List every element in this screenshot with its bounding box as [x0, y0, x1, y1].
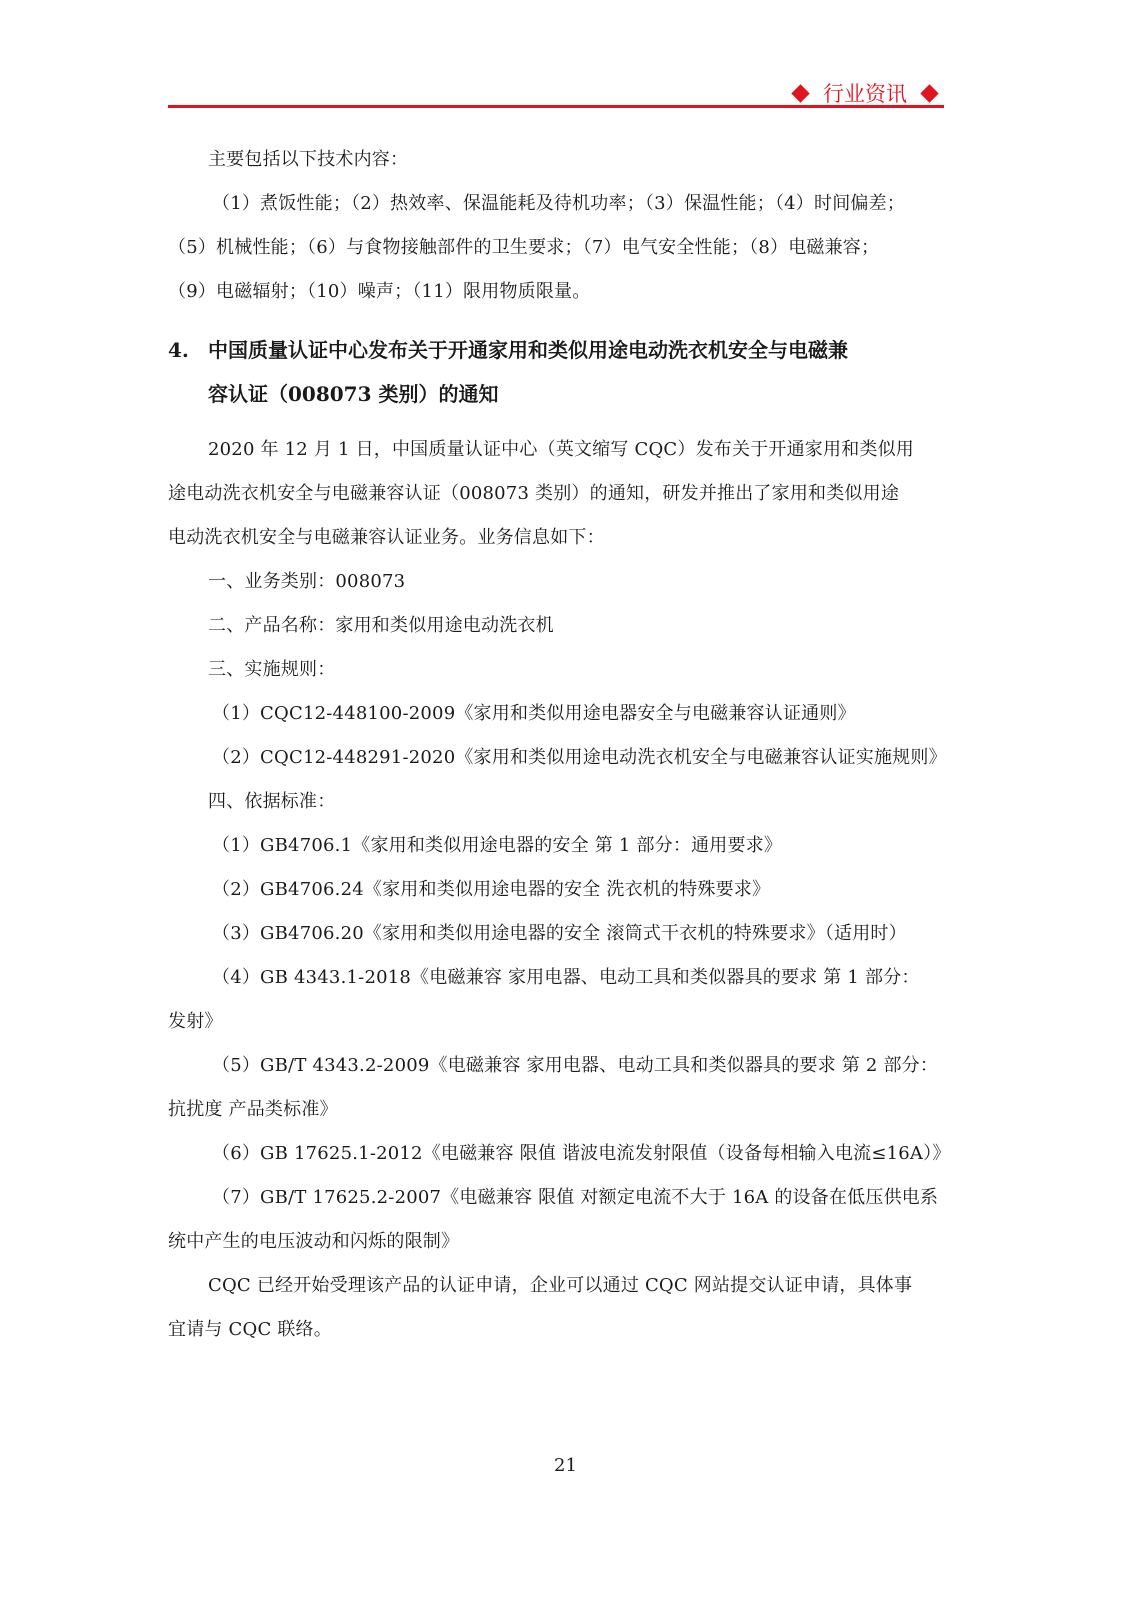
document-body: 主要包括以下技术内容： （1）煮饭性能；（2）热效率、保温能耗及待机功率；（3）… — [168, 138, 948, 1352]
standard-item: （5）GB/T 4343.2-2009《电磁兼容 家用电器、电动工具和类似器具的… — [168, 1044, 948, 1088]
header-divider — [168, 105, 944, 108]
standard-item: （1）GB4706.1《家用和类似用途电器的安全 第 1 部分：通用要求》 — [168, 824, 948, 868]
page-header: 行业资讯 — [168, 78, 944, 108]
paragraph-line: 2020 年 12 月 1 日，中国质量认证中心（英文缩写 CQC）发布关于开通… — [168, 428, 948, 472]
tech-line: （9）电磁辐射；（10）噪声；（11）限用物质限量。 — [168, 270, 948, 314]
section-banner: 行业资讯 — [786, 78, 944, 108]
standard-item-cont: 发射》 — [168, 1000, 948, 1044]
standard-item-cont: 统中产生的电压波动和闪烁的限制》 — [168, 1220, 948, 1264]
standards-title: 四、依据标准： — [168, 780, 948, 824]
banner-title: 行业资讯 — [823, 78, 907, 108]
standard-item-cont: 抗扰度 产品类标准》 — [168, 1088, 948, 1132]
section-title-line2: 容认证（008073 类别）的通知 — [168, 372, 948, 416]
paragraph-line: 电动洗衣机安全与电磁兼容认证业务。业务信息如下： — [168, 516, 948, 560]
product-name: 二、产品名称：家用和类似用途电动洗衣机 — [168, 604, 948, 648]
paragraph-line: 途电动洗衣机安全与电磁兼容认证（008073 类别）的通知，研发并推出了家用和类… — [168, 472, 948, 516]
section-title-line1: 中国质量认证中心发布关于开通家用和类似用途电动洗衣机安全与电磁兼 — [208, 338, 848, 362]
standard-item: （4）GB 4343.1-2018《电磁兼容 家用电器、电动工具和类似器具的要求… — [168, 956, 948, 1000]
rules-title: 三、实施规则： — [168, 648, 948, 692]
closing-line: CQC 已经开始受理该产品的认证申请，企业可以通过 CQC 网站提交认证申请，具… — [168, 1264, 948, 1308]
rule-item: （1）CQC12-448100-2009《家用和类似用途电器安全与电磁兼容认证通… — [168, 692, 948, 736]
section-heading: 4.中国质量认证中心发布关于开通家用和类似用途电动洗衣机安全与电磁兼 容认证（0… — [168, 328, 948, 416]
standard-item: （3）GB4706.20《家用和类似用途电器的安全 滚筒式干衣机的特殊要求》（适… — [168, 912, 948, 956]
page-number: 21 — [0, 1455, 1131, 1476]
section-number: 4. — [168, 328, 208, 372]
diamond-icon — [791, 84, 809, 102]
tech-line: （1）煮饭性能；（2）热效率、保温能耗及待机功率；（3）保温性能；（4）时间偏差… — [168, 182, 948, 226]
closing-line: 宜请与 CQC 联络。 — [168, 1308, 948, 1352]
standard-item: （6）GB 17625.1-2012《电磁兼容 限值 谐波电流发射限值（设备每相… — [168, 1132, 948, 1176]
rule-item: （2）CQC12-448291-2020《家用和类似用途电动洗衣机安全与电磁兼容… — [168, 736, 948, 780]
standard-item: （7）GB/T 17625.2-2007《电磁兼容 限值 对额定电流不大于 16… — [168, 1176, 948, 1220]
intro-text: 主要包括以下技术内容： — [168, 138, 948, 182]
standard-item: （2）GB4706.24《家用和类似用途电器的安全 洗衣机的特殊要求》 — [168, 868, 948, 912]
tech-line: （5）机械性能；（6）与食物接触部件的卫生要求；（7）电气安全性能；（8）电磁兼… — [168, 226, 948, 270]
business-category: 一、业务类别：008073 — [168, 560, 948, 604]
diamond-icon — [920, 84, 938, 102]
